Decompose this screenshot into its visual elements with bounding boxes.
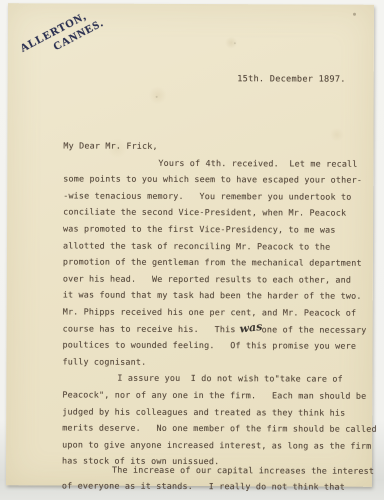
letter-line: My Dear Mr. Frick, xyxy=(63,137,365,155)
letter-paper: ALLERTON, CANNES. 15th. December 1897. M… xyxy=(6,3,374,487)
letter-line: fully cognisant. xyxy=(62,353,364,371)
letter-line: was promoted to the first Vice-Presidenc… xyxy=(63,220,365,238)
letter-line: allotted the task of reconciling Mr. Pea… xyxy=(63,237,365,255)
letter-line: conciliate the second Vice-President, wh… xyxy=(63,204,365,222)
letter-line: judged by his colleagues and treated as … xyxy=(62,403,364,421)
letter-line: course has to receive his. This wasone o… xyxy=(63,320,365,338)
letter-line: of everyone as it stands. I really do no… xyxy=(62,478,364,496)
paper-speck xyxy=(353,13,356,16)
letter-line: poultices to wounded feeling. Of this pr… xyxy=(63,337,365,355)
letter-scan: ALLERTON, CANNES. 15th. December 1897. M… xyxy=(0,0,384,500)
paper-speck xyxy=(234,42,236,44)
letter-line: over his head. We reported results to ea… xyxy=(63,270,365,288)
letter-line: Peacock", nor of any one in the firm. Ea… xyxy=(62,386,364,404)
date-line: 15th. December 1897. xyxy=(237,74,346,84)
paper-speck xyxy=(156,96,158,98)
typed-text: one of the necessary xyxy=(262,324,367,334)
letter-line: it was found that my task had been the h… xyxy=(63,287,365,305)
address-stamp: ALLERTON, CANNES. xyxy=(18,4,106,68)
letter-line: -wise tenacious memory. You remember you… xyxy=(63,187,365,205)
letter-line: merits deserve. No one member of the fir… xyxy=(62,420,364,438)
handwritten-insert: was xyxy=(239,319,264,338)
letter-line: upon to give anyone increased interest, … xyxy=(62,436,364,454)
letter-line: Mr. Phipps received his one per cent, an… xyxy=(63,303,365,321)
letter-body: My Dear Mr. Frick,Yours of 4th. received… xyxy=(62,137,366,495)
letter-line: some points to you which seem to have es… xyxy=(63,171,365,189)
letter-line: I assure you I do not wish to"take care … xyxy=(62,370,364,388)
letter-line: promotion of the gentleman from the mech… xyxy=(63,254,365,272)
typed-text: course has to receive his. This xyxy=(63,323,241,334)
letter-line: Yours of 4th. received. Let me recall xyxy=(63,154,365,172)
